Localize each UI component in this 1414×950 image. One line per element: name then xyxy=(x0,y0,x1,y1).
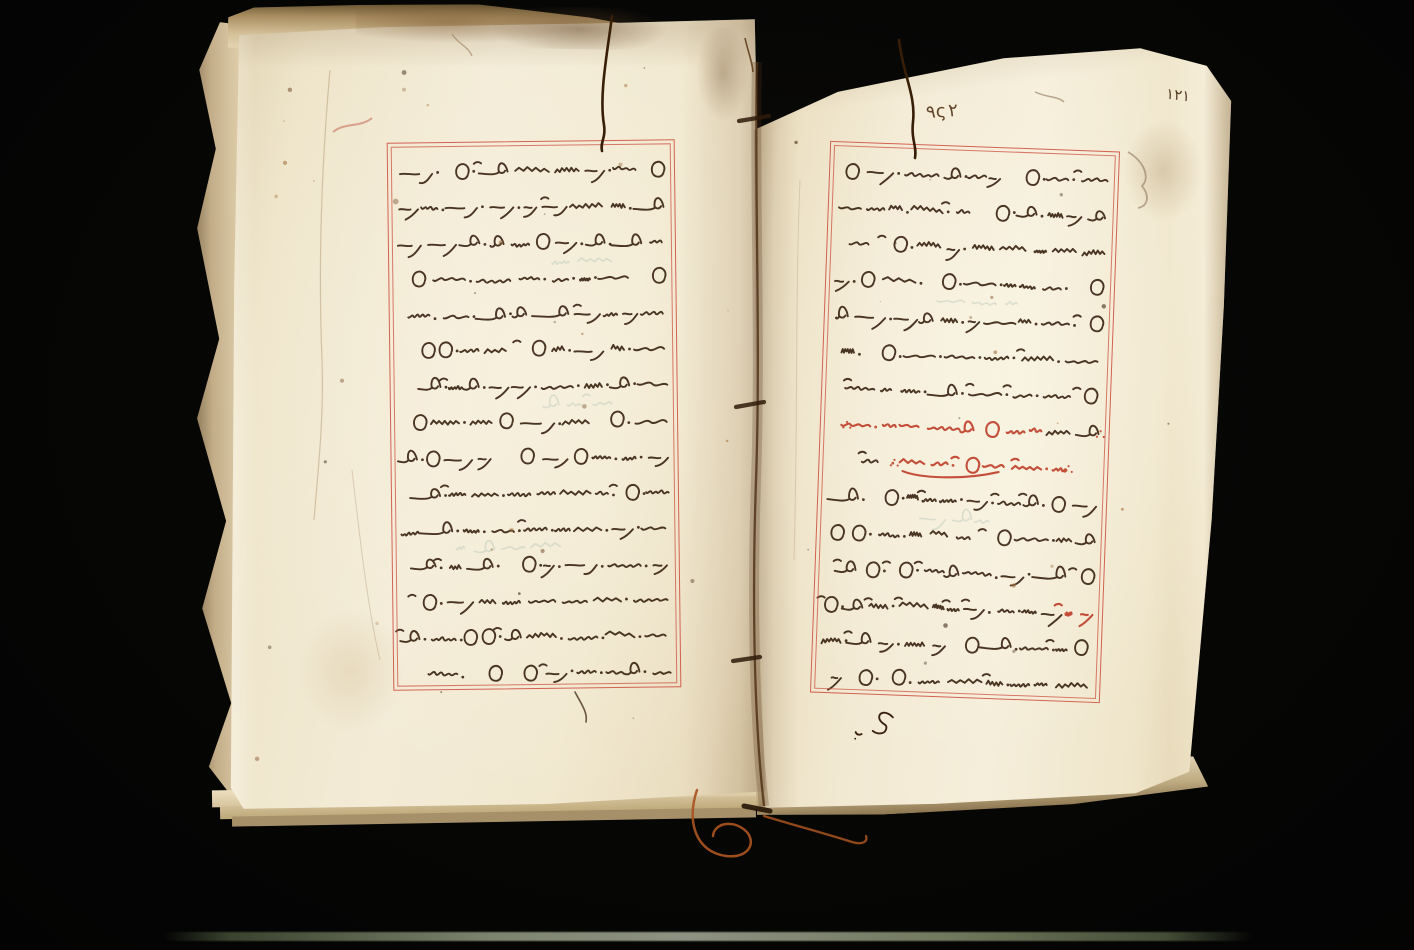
script-line xyxy=(839,198,1106,227)
script-line xyxy=(849,235,1105,266)
script-line xyxy=(399,196,663,220)
script-line xyxy=(827,487,1096,518)
show-through-ghost xyxy=(456,540,560,553)
show-through-ghost xyxy=(552,258,612,265)
script-line xyxy=(846,162,1108,193)
script-line xyxy=(841,343,1098,368)
script-line xyxy=(396,626,666,646)
script-line xyxy=(843,379,1097,404)
right-script-block xyxy=(811,142,1119,702)
script-line xyxy=(841,417,1104,442)
show-through-ghost xyxy=(920,508,990,532)
script-line xyxy=(408,592,667,615)
script-line xyxy=(414,411,667,435)
bottom-light-strip xyxy=(163,932,1253,941)
script-line xyxy=(411,555,667,579)
script-line xyxy=(835,270,1104,301)
script-line xyxy=(836,306,1104,337)
photo-black-background: ١٢١ ٩ς٢ xyxy=(0,0,1414,950)
loose-thread-bottom xyxy=(764,816,866,843)
marginal-numeral: ٩ς٢ xyxy=(925,100,958,123)
script-line xyxy=(398,447,668,471)
script-line xyxy=(828,667,1087,699)
catchword-mark xyxy=(847,704,902,752)
script-line xyxy=(821,630,1088,660)
show-through-ghost xyxy=(543,394,612,408)
right-text-frame xyxy=(810,141,1120,703)
script-line xyxy=(833,558,1095,588)
script-line xyxy=(422,339,664,362)
script-line xyxy=(410,483,669,503)
script-line xyxy=(418,375,667,400)
show-through-ghost xyxy=(937,299,1017,306)
script-line xyxy=(400,160,665,185)
script-line xyxy=(413,268,666,287)
left-script-block xyxy=(388,140,681,689)
script-line xyxy=(428,662,670,683)
script-line xyxy=(398,233,662,258)
script-line xyxy=(401,518,665,541)
script-line xyxy=(831,524,1095,550)
left-text-frame xyxy=(387,139,682,690)
script-line xyxy=(858,452,1072,482)
script-line xyxy=(817,594,1093,628)
script-line xyxy=(408,304,663,327)
folio-numeral: ١٢١ xyxy=(1165,85,1191,106)
